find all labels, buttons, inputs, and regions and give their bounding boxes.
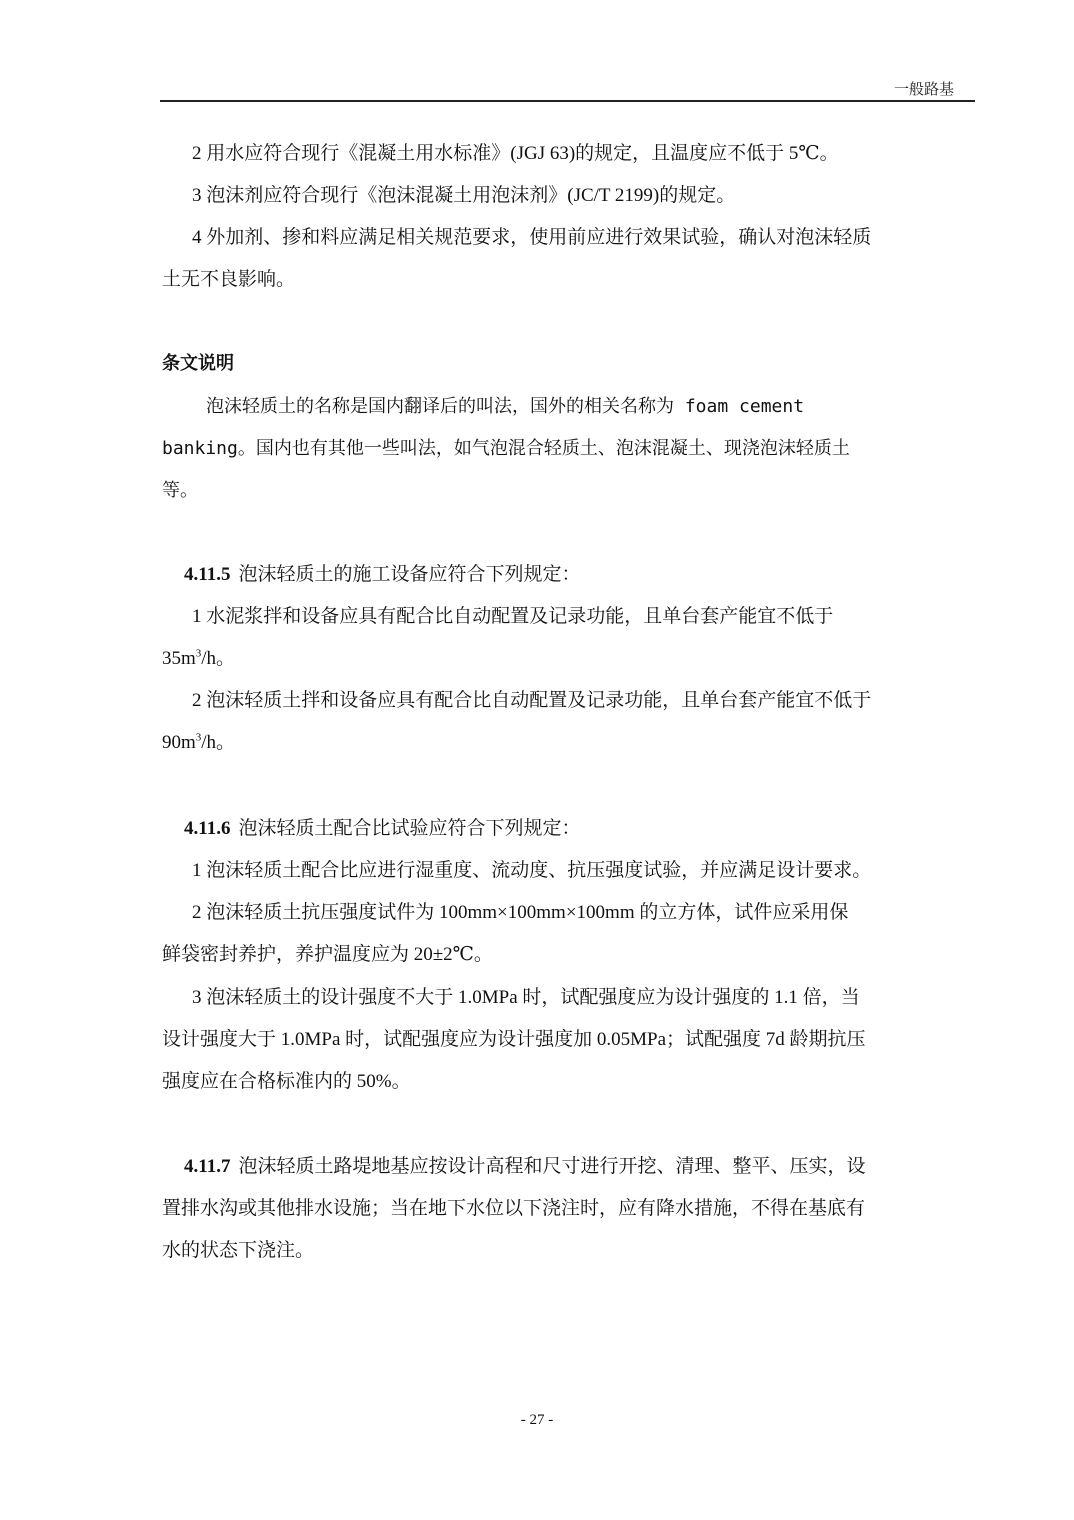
clause-4-11-6-item2-line1: 2 泡沫轻质土抗压强度试件为 100mm×100mm×100mm 的立方体，试件…	[192, 901, 1004, 925]
clause-number: 4.11.6	[184, 818, 230, 839]
clause-4-11-6-item3-line2: 设计强度大于 1.0MPa 时，试配强度应为设计强度加 0.05MPa；试配强度…	[162, 1028, 974, 1052]
notes-title: 条文说明	[162, 352, 974, 376]
clause-4-11-5-heading: 4.11.5泡沫轻质土的施工设备应符合下列规定：	[184, 563, 996, 587]
clause-4-11-6-item3-line3: 强度应在合格标准内的 50%。	[162, 1070, 974, 1094]
value: 90m	[162, 732, 196, 753]
clause-4-11-6-item2-line2: 鲜袋密封养护，养护温度应为 20±2℃。	[162, 943, 974, 967]
item-4-additives-line1: 4 外加剂、掺和料应满足相关规范要求，使用前应进行效果试验，确认对泡沫轻质	[192, 226, 1004, 250]
item-4-additives-line2: 土无不良影响。	[162, 268, 974, 292]
clause-4-11-7-line1: 4.11.7泡沫轻质土路堤地基应按设计高程和尺寸进行开挖、清理、整平、压实，设	[184, 1155, 996, 1179]
clause-4-11-5-item1-line2: 35m3/h。	[162, 647, 974, 671]
value: 35m	[162, 648, 196, 669]
clause-4-11-6-item3-line1: 3 泡沫轻质土的设计强度不大于 1.0MPa 时，试配强度应为设计强度的 1.1…	[192, 986, 1004, 1010]
notes-line1: 泡沫轻质土的名称是国内翻译后的叫法，国外的相关名称为 foam cement	[206, 395, 1018, 419]
clause-number: 4.11.5	[184, 564, 230, 585]
clause-title: 泡沫轻质土的施工设备应符合下列规定：	[238, 564, 580, 585]
clause-title: 泡沫轻质土配合比试验应符合下列规定：	[238, 818, 580, 839]
clause-text: 泡沫轻质土路堤地基应按设计高程和尺寸进行开挖、清理、整平、压实，设	[238, 1156, 865, 1177]
notes-line3: 等。	[162, 479, 974, 503]
header-rule	[160, 100, 975, 102]
clause-4-11-6-heading: 4.11.6泡沫轻质土配合比试验应符合下列规定：	[184, 817, 996, 841]
item-2-water: 2 用水应符合现行《混凝土用水标准》(JGJ 63)的规定，且温度应不低于 5℃…	[192, 142, 1004, 166]
clause-4-11-7-line3: 水的状态下浇注。	[162, 1239, 974, 1263]
unit: /h。	[201, 648, 235, 669]
page-number: - 27 -	[0, 1412, 1074, 1429]
unit: /h。	[201, 732, 235, 753]
clause-4-11-7-line2: 置排水沟或其他排水设施；当在地下水位以下浇注时，应有降水措施，不得在基底有	[162, 1197, 974, 1221]
notes-line2: banking。国内也有其他一些叫法，如气泡混合轻质土、泡沫混凝土、现浇泡沫轻质…	[162, 437, 974, 461]
clause-4-11-5-item1-line1: 1 水泥浆拌和设备应具有配合比自动配置及记录功能，且单台套产能宜不低于	[192, 605, 1004, 629]
running-header-title: 一般路基	[894, 78, 954, 99]
clause-number: 4.11.7	[184, 1156, 230, 1177]
clause-4-11-6-item1: 1 泡沫轻质土配合比应进行湿重度、流动度、抗压强度试验，并应满足设计要求。	[192, 859, 1004, 883]
clause-4-11-5-item2-line2: 90m3/h。	[162, 731, 974, 755]
item-3-foam-agent: 3 泡沫剂应符合现行《泡沫混凝土用泡沫剂》(JC/T 2199)的规定。	[192, 184, 1004, 208]
clause-4-11-5-item2-line1: 2 泡沫轻质土拌和设备应具有配合比自动配置及记录功能，且单台套产能宜不低于	[192, 689, 1004, 713]
